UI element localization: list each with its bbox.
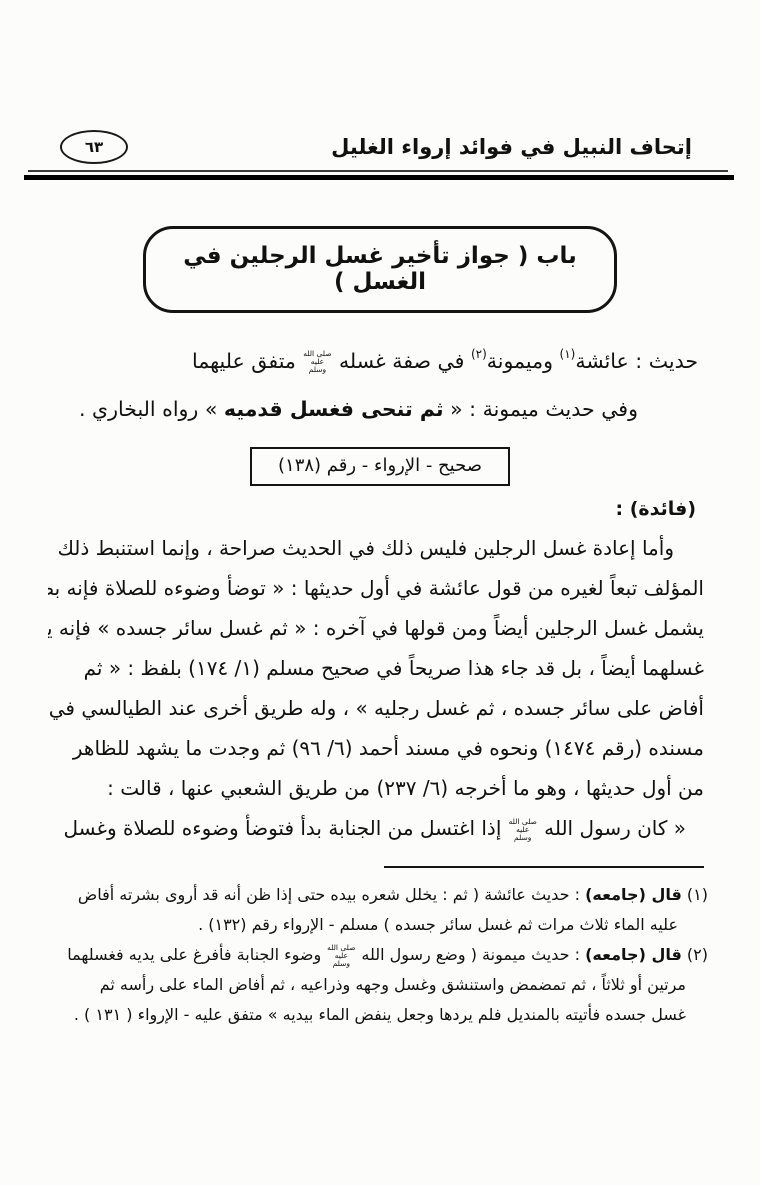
hadith-line-2: وفي حديث ميمونة : « ثم تنحى فغسل قدميه »… <box>56 385 698 433</box>
body-quote-text: إذا اغتسل من الجنابة بدأ فتوضأ وضوءه للص… <box>64 816 508 840</box>
page-number: ٦٣ <box>85 138 103 156</box>
body-quote-text: « كان رسول الله <box>538 816 686 840</box>
hadith-text: » رواه البخاري . <box>79 397 224 421</box>
hadith-text: في صفة غسله <box>332 349 471 373</box>
salla-honorific-mark: صلى الله عليه وسلم <box>326 944 356 968</box>
chapter-title: باب ( جواز تأخير غسل الرجلين في الغسل ) <box>183 243 576 295</box>
hadith-text: متفق عليهما <box>192 349 302 373</box>
body-line: أفاض على سائر جسده ، ثم غسل رجليه » ، ول… <box>48 688 704 728</box>
footnote-speaker: قال (جامعه) <box>585 945 682 964</box>
footnote-2-line-2: مرتين أو ثلاثاً ، ثم تمضمض واستنشق وغسل … <box>44 970 708 1000</box>
chapter-title-box: باب ( جواز تأخير غسل الرجلين في الغسل ) <box>143 226 617 313</box>
body-line: يشمل غسل الرجلين أيضاً ومن قولها في آخره… <box>48 608 704 648</box>
scanned-book-page: إتحاف النبيل في فوائد إرواء الغليل ٦٣ با… <box>0 0 760 1185</box>
body-paragraph: وأما إعادة غسل الرجلين فليس ذلك في الحدي… <box>48 528 704 848</box>
faida-heading: (فائدة) : <box>0 498 696 520</box>
body-line: مسنده (رقم ١٤٧٤) ونحوه في مسند أحمد (٦/ … <box>48 728 704 768</box>
footnote-text: : حديث عائشة ( ثم : يخلل شعره بيده حتى إ… <box>78 885 585 904</box>
hadith-text: حديث : عائشة <box>575 349 698 373</box>
page-header: إتحاف النبيل في فوائد إرواء الغليل ٦٣ <box>60 130 692 164</box>
hadith-block: حديث : عائشة(١) وميمونة(٢) في صفة غسله ص… <box>56 337 698 433</box>
footnote-ref-1: (١) <box>560 347 576 361</box>
body-line: وأما إعادة غسل الرجلين فليس ذلك في الحدي… <box>48 528 704 568</box>
hadith-text: وميمونة <box>487 349 560 373</box>
footnote-ref-2: (٢) <box>471 347 487 361</box>
footnote-1-line-1: (١) قال (جامعه) : حديث عائشة ( ثم : يخلل… <box>44 880 708 910</box>
footnote-text: وضوء الجنابة فأفرغ على يديه فغسلهما <box>67 945 326 964</box>
footnote-1-line-2: عليه الماء ثلاث مرات ثم غسل سائر جسده ) … <box>44 910 708 940</box>
hadith-text: وفي حديث ميمونة : « <box>444 397 638 421</box>
footnotes-section: (١) قال (جامعه) : حديث عائشة ( ثم : يخلل… <box>44 880 708 1030</box>
header-rule-thin <box>28 170 728 172</box>
salla-honorific-mark: صلى الله عليه وسلم <box>302 350 332 374</box>
salla-honorific-mark: صلى الله عليه وسلم <box>508 818 538 842</box>
grading-label: صحيح - الإرواء - رقم (١٣٨) <box>278 455 482 476</box>
footnote-speaker: قال (جامعه) <box>585 885 682 904</box>
body-line: من أول حديثها ، وهو ما أخرجه (٦/ ٢٣٧) من… <box>48 768 704 808</box>
footnote-text: : حديث ميمونة ( وضع رسول الله <box>356 945 585 964</box>
footnote-2-line-3: غسل جسده فأتيته بالمنديل فلم يردها وجعل … <box>44 1000 708 1030</box>
footnote-2-line-1: (٢) قال (جامعه) : حديث ميمونة ( وضع رسول… <box>44 940 708 970</box>
hadith-line-1: حديث : عائشة(١) وميمونة(٢) في صفة غسله ص… <box>56 337 698 385</box>
body-quote-line: « كان رسول الله صلى الله عليه وسلم إذا ا… <box>48 808 704 848</box>
footnote-2-marker: (٢) <box>682 945 708 964</box>
hadith-bold-quote: ثم تنحى فغسل قدميه <box>224 397 444 421</box>
footnote-1-marker: (١) <box>682 885 708 904</box>
grading-box: صحيح - الإرواء - رقم (١٣٨) <box>250 447 510 486</box>
body-line: غسلهما أيضاً ، بل قد جاء هذا صريحاً في ص… <box>48 648 704 688</box>
body-line: المؤلف تبعاً لغيره من قول عائشة في أول ح… <box>48 568 704 608</box>
footnote-divider <box>384 866 704 868</box>
page-number-badge: ٦٣ <box>60 130 128 164</box>
header-rule-thick <box>24 175 734 180</box>
book-title: إتحاف النبيل في فوائد إرواء الغليل <box>331 135 692 159</box>
